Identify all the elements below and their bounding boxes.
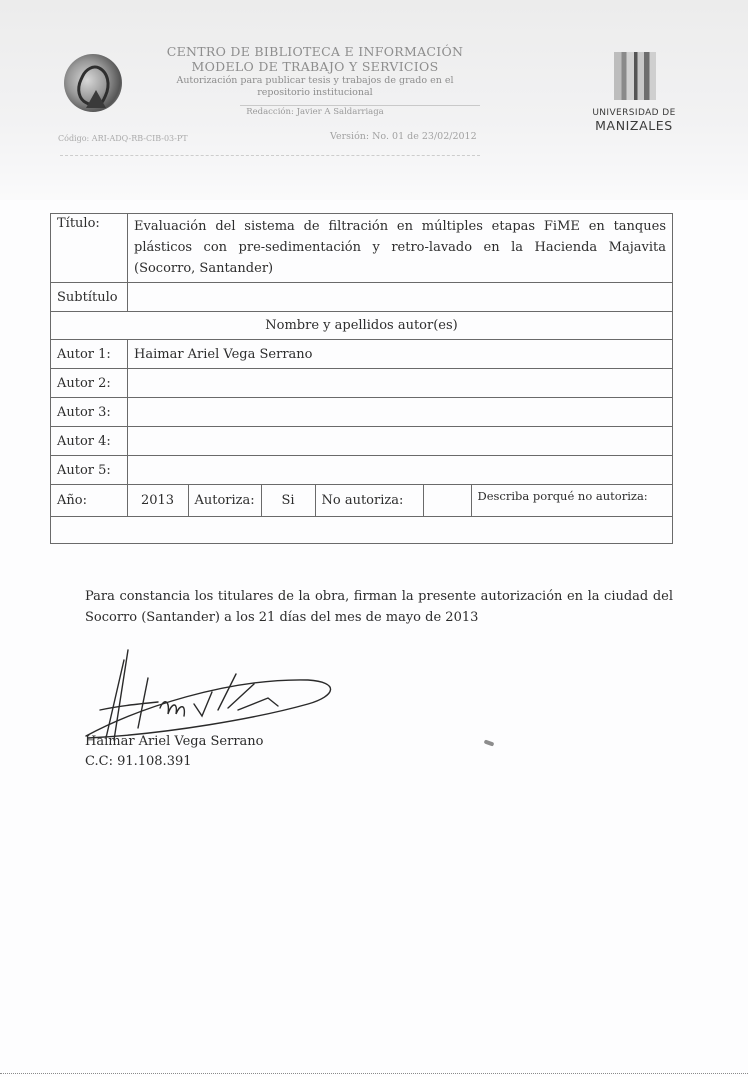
authors-header: Nombre y apellidos autor(es) xyxy=(51,312,673,340)
subtitle-label: Subtítulo xyxy=(51,283,128,312)
header-divider xyxy=(240,105,480,106)
authorization-statement: Para constancia los titulares de la obra… xyxy=(85,586,673,628)
scan-speck xyxy=(484,739,495,746)
author-label: Autor 1: xyxy=(51,340,128,369)
library-seal-icon xyxy=(64,54,122,112)
author-field[interactable] xyxy=(128,398,673,427)
page-bottom-edge xyxy=(0,1073,748,1074)
authorization-form: Título: Evaluación del sistema de filtra… xyxy=(50,213,673,544)
author-field[interactable] xyxy=(128,427,673,456)
document-header: CENTRO DE BIBLIOTECA E INFORMACIÓN MODEL… xyxy=(150,44,480,99)
title-field[interactable]: Evaluación del sistema de filtración en … xyxy=(128,214,673,283)
year-field[interactable]: 2013 xyxy=(127,485,188,516)
university-name-line-2: MANIZALES xyxy=(580,118,688,133)
signatory-name: Haimar Ariel Vega Serrano xyxy=(85,734,263,749)
signatory-id: C.C: 91.108.391 xyxy=(85,754,192,769)
reason-field[interactable] xyxy=(51,517,673,544)
author-row: Autor 1: Haimar Ariel Vega Serrano xyxy=(51,340,673,369)
author-label: Autor 4: xyxy=(51,427,128,456)
author-row: Autor 2: xyxy=(51,369,673,398)
header-line-3: Autorización para publicar tesis y traba… xyxy=(150,75,480,87)
not-authorize-label: No autoriza: xyxy=(315,485,423,516)
author-field[interactable]: Haimar Ariel Vega Serrano xyxy=(128,340,673,369)
document-code: Código: ARI-ADQ-RB-CIB-03-PT xyxy=(58,134,188,143)
reason-label: Describa porqué no autoriza: xyxy=(471,485,672,516)
author-label: Autor 5: xyxy=(51,456,128,485)
university-logo-icon xyxy=(614,52,656,100)
header-line-4: repositorio institucional xyxy=(150,87,480,99)
handwritten-signature-icon xyxy=(78,648,338,744)
header-line-2: MODELO DE TRABAJO Y SERVICIOS xyxy=(150,59,480,74)
subtitle-row: Subtítulo xyxy=(51,283,673,312)
title-value: Evaluación del sistema de filtración en … xyxy=(134,216,666,279)
not-authorize-field[interactable] xyxy=(423,485,471,516)
authorize-field[interactable]: Si xyxy=(261,485,315,516)
author-row: Autor 4: xyxy=(51,427,673,456)
document-version: Versión: No. 01 de 23/02/2012 xyxy=(330,131,477,142)
year-authorization-row: Año: 2013 Autoriza: Si No autoriza: Desc… xyxy=(51,485,673,517)
authorize-label: Autoriza: xyxy=(188,485,261,516)
author-label: Autor 3: xyxy=(51,398,128,427)
year-authorization-cells: Año: 2013 Autoriza: Si No autoriza: Desc… xyxy=(51,485,672,516)
author-row: Autor 5: xyxy=(51,456,673,485)
author-field[interactable] xyxy=(128,369,673,398)
subtitle-field[interactable] xyxy=(128,283,673,312)
header-bottom-divider xyxy=(60,155,480,156)
author-label: Autor 2: xyxy=(51,369,128,398)
authors-header-row: Nombre y apellidos autor(es) xyxy=(51,312,673,340)
university-name-line-1: UNIVERSIDAD DE xyxy=(580,108,688,118)
header-author-line: Redacción: Javier A Saldarriaga xyxy=(150,107,480,117)
reason-row xyxy=(51,517,673,544)
author-field[interactable] xyxy=(128,456,673,485)
author-row: Autor 3: xyxy=(51,398,673,427)
title-row: Título: Evaluación del sistema de filtra… xyxy=(51,214,673,283)
title-label: Título: xyxy=(51,214,128,283)
year-label: Año: xyxy=(51,485,127,516)
header-line-1: CENTRO DE BIBLIOTECA E INFORMACIÓN xyxy=(150,44,480,59)
